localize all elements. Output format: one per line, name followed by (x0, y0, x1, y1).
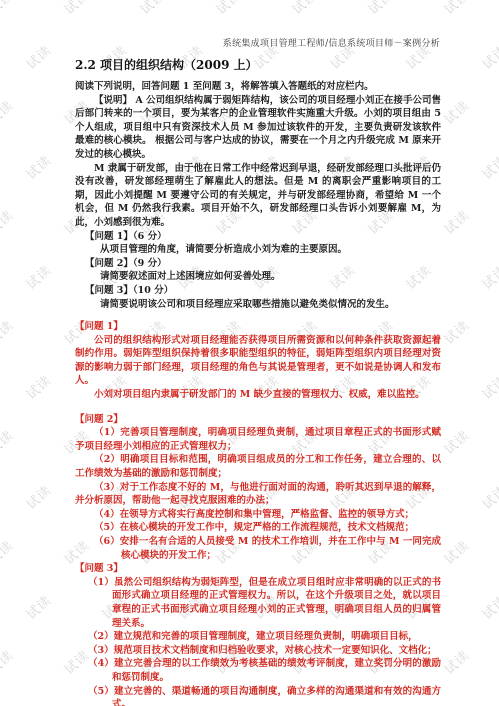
answer-2-item: （1）完善项目管理制度，明确项目经理负责制，通过项目章程正式的书面形式赋予项目经… (75, 426, 441, 453)
question-3-text: 请简要说明该公司和项目经理应采取哪些措施以避免类似情况的发生。 (100, 298, 441, 312)
answer-2-item: （3）对于工作态度不好的 M，与他进行面对面的沟通，聆听其迟到早退的解释，并分析… (75, 481, 441, 508)
watermark-text: 试读 (477, 480, 499, 513)
watermark-text: 试读 (21, 590, 55, 623)
section-title: 2.2 项目的组织结构（2009 上） (75, 58, 441, 73)
answer-3-item: （3）规范项目技术文档制度和归档验收要求，对核心技术一定要知识化、文档化； (75, 644, 441, 658)
answer-3-item: （2）建立规范和完善的项目管理制度，建立项目经理负责制，明确项目目标， (75, 630, 441, 644)
watermark-text: 试读 (59, 0, 93, 18)
question-2-label: 【问题 2】（9 分） (85, 257, 441, 271)
answer-1-para: 公司的组织结构形式对项目经理能否获得项目所需资源和以何种条件获取资源起着制约作用… (75, 334, 441, 388)
watermark-text: 试读 (439, 0, 473, 18)
watermark-text: 试读 (21, 260, 55, 293)
answer-3-item: （4）建立完善合理的以工作绩效为考核基础的绩效考评制度，建立奖罚分明的激励和惩罚… (75, 657, 441, 684)
spacer (75, 402, 441, 413)
watermark-text: 试读 (211, 0, 245, 18)
question-1-label: 【问题 1】（6 分） (85, 230, 441, 244)
answer-section: 【问题 1】 公司的组织结构形式对项目经理能否获得项目所需资源和以何种条件获取资… (75, 320, 441, 706)
answer-3-item: （1）虽然公司组织结构为弱矩阵型，但是在成立项目组时应非常明确的以正式的书面形式… (75, 576, 441, 630)
answer-3-item: （5）建立完善的、渠道畅通的项目沟通制度，确立多样的沟通渠道和有效的沟通方式。 (75, 685, 441, 706)
watermark-text: 试读 (21, 370, 55, 403)
watermark-text: 试读 (439, 645, 473, 678)
watermark-text: 试读 (477, 150, 499, 183)
answer-2-item: （6）安排一名有合适的人员接受 M 的技术工作培训，并在工作中与 M 一同完成核… (75, 535, 441, 562)
watermark-text: 试读 (0, 425, 17, 458)
answer-1-label: 【问题 1】 (75, 320, 441, 334)
watermark-text: 试读 (477, 370, 499, 403)
watermark-text: 试读 (477, 260, 499, 293)
watermark-text: 试读 (439, 95, 473, 128)
question-2-text: 请简要叙述面对上述困境应如何妥善处理。 (100, 270, 441, 284)
watermark-text: 试读 (439, 205, 473, 238)
watermark-text: 试读 (439, 425, 473, 458)
exam-instruction: 阅读下列说明，回答问题 1 至问题 3，将解答填入答题纸的对应栏内。 (75, 80, 441, 94)
watermark-text: 试读 (439, 535, 473, 568)
watermark-text: 试读 (477, 590, 499, 623)
document-page: 试读试读试读试读试读试读试读试读试读试读试读试读试读试读试读试读试读试读试读试读… (0, 0, 499, 706)
watermark-text: 试读 (21, 40, 55, 73)
answer-2-item: （5）在核心模块的开发工作中，规定严格的工作流程规范，技术文档规范； (75, 521, 441, 535)
watermark-text: 试读 (0, 315, 17, 348)
watermark-text: 试读 (135, 0, 169, 18)
watermark-text: 试读 (21, 150, 55, 183)
watermark-text: 试读 (0, 645, 17, 678)
question-3-label: 【问题 3】（10 分） (85, 284, 441, 298)
answer-1-para: 小刘对项目组内隶属于研发部门的 M 缺少直接的管理权力、权威，难以监控。 (75, 388, 441, 402)
running-header: 系统集成项目管理工程师/信息系统项目师－案例分析 (223, 36, 440, 49)
watermark-text: 试读 (0, 205, 17, 238)
watermark-text: 试读 (21, 480, 55, 513)
answer-2-item: （2）明确项目目标和范围，明确项目组成员的分工和工作任务，建立合理的、以工作绩效… (75, 453, 441, 480)
question-1-text: 从项目管理的角度，请简要分析造成小刘为难的主要原因。 (100, 243, 441, 257)
document-content: 2.2 项目的组织结构（2009 上） 阅读下列说明，回答问题 1 至问题 3，… (75, 58, 441, 706)
watermark-text: 试读 (0, 535, 17, 568)
watermark-text: 试读 (0, 95, 17, 128)
watermark-text: 试读 (477, 40, 499, 73)
watermark-text: 试读 (0, 0, 17, 18)
watermark-text: 试读 (287, 0, 321, 18)
watermark-text: 试读 (439, 315, 473, 348)
answer-2-label: 【问题 2】 (75, 413, 441, 427)
answer-3-label: 【问题 3】 (75, 562, 441, 576)
exam-description-para: M 隶属于研发部，由于他在日常工作中经常迟到早退，经研发部经理口头批评后仍没有改… (75, 162, 441, 230)
answer-2-item: （4）在领导方式将实行高度控制和集中管理，严格监督、监控的领导方式； (75, 508, 441, 522)
watermark-text: 试读 (363, 0, 397, 18)
exam-description-para: 【说明】 A 公司组织结构属于弱矩阵结构，该公司的项目经理小刘正在接手公司售后部… (75, 94, 441, 162)
